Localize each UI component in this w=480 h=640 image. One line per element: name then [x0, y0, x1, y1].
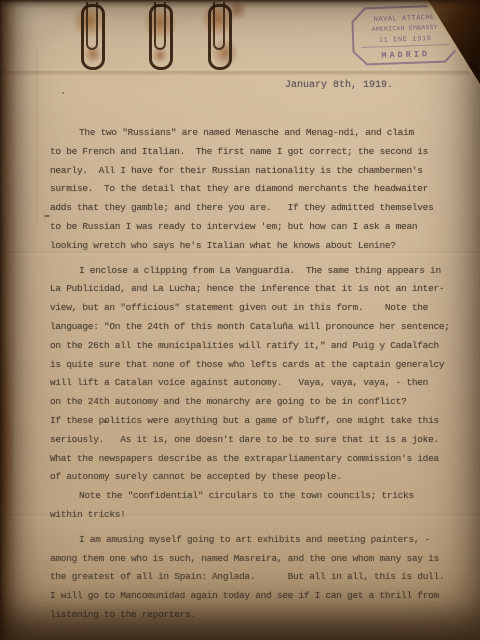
letter-line: to be Russian I was ready to interview '…: [50, 218, 462, 237]
letter-line: of autonomy surely cannot be accepted by…: [50, 468, 462, 487]
letter-line: within tricks!: [50, 506, 462, 525]
letter-body: The two "Russians" are named Menasche an…: [50, 124, 462, 625]
stamp-line-1: NAVAL ATTACHE: [374, 14, 435, 24]
fold-crease-top: [0, 69, 480, 76]
letter-line: If these politics were anything but a ga…: [50, 412, 462, 431]
paperclip-inner-wire: [86, 2, 98, 50]
letter-line: adds that they gamble; and there you are…: [50, 199, 462, 218]
letter-line: seriously. As it is, one doesn't dare to…: [50, 431, 462, 450]
letter-line: I will go to Mancomunidad again today an…: [50, 587, 462, 606]
letter-line: What the newspapers describe as the extr…: [50, 450, 462, 469]
letter-line: listening to the reporters.: [50, 606, 462, 625]
vertical-crease: [36, 52, 39, 222]
paperclip-inner-wire: [213, 2, 225, 50]
letter-line: to be French and Italian. The first name…: [50, 143, 462, 162]
letter-date: January 8th, 1919.: [285, 80, 393, 91]
paperclip-icon: [147, 2, 173, 68]
paper-mark: [104, 420, 107, 423]
stamp-date: 11 ENE 1919: [379, 35, 432, 45]
document-photo: NAVAL ATTACHE AMERICAN EMBASSY 11 ENE 19…: [0, 0, 480, 640]
letter-line: looking wretch who says he's Italian wha…: [50, 237, 462, 256]
stamp-line-2: AMERICAN EMBASSY: [372, 24, 438, 33]
letter-line: I am amusing myself going to art exhibit…: [50, 531, 462, 550]
letter-line: is quite sure that none of those who lef…: [50, 356, 462, 375]
stamp-city: MADRID: [381, 49, 430, 61]
letter-line: view, but an "officious" statement given…: [50, 299, 462, 318]
letter-line: on the 24th autonomy and the monarchy ar…: [50, 393, 462, 412]
letter-line: I enclose a clipping from La Vanguardia.…: [50, 262, 462, 281]
letter-line: La Publicidad, and La Lucha; hence the i…: [50, 280, 462, 299]
letter-line: on the 26th all the municipalities will …: [50, 337, 462, 356]
paper-top-edge: [0, 0, 480, 8]
letter-line: surmise. To the detail that they are dia…: [50, 180, 462, 199]
letter-line: language: "On the 24th of this month Cat…: [50, 318, 462, 337]
stamp-divider: [361, 44, 449, 47]
letter-line: nearly. All I have for their Russian nat…: [50, 162, 462, 181]
paper-mark: [44, 215, 50, 217]
paper-left-edge: [0, 0, 18, 640]
paper-mark: [62, 92, 64, 94]
letter-line: among them one who is such, named Masrei…: [50, 550, 462, 569]
paperclip-inner-wire: [154, 2, 166, 50]
letter-line: the greatest of all in Spain: Anglada. B…: [50, 568, 462, 587]
letter-line: will lift a Catalan voice against autono…: [50, 374, 462, 393]
paperclip-icon: [206, 2, 232, 68]
paperclip-icon: [79, 2, 105, 68]
letter-line: Note the "confidential" circulars to the…: [50, 487, 462, 506]
letter-line: The two "Russians" are named Menasche an…: [50, 124, 462, 143]
